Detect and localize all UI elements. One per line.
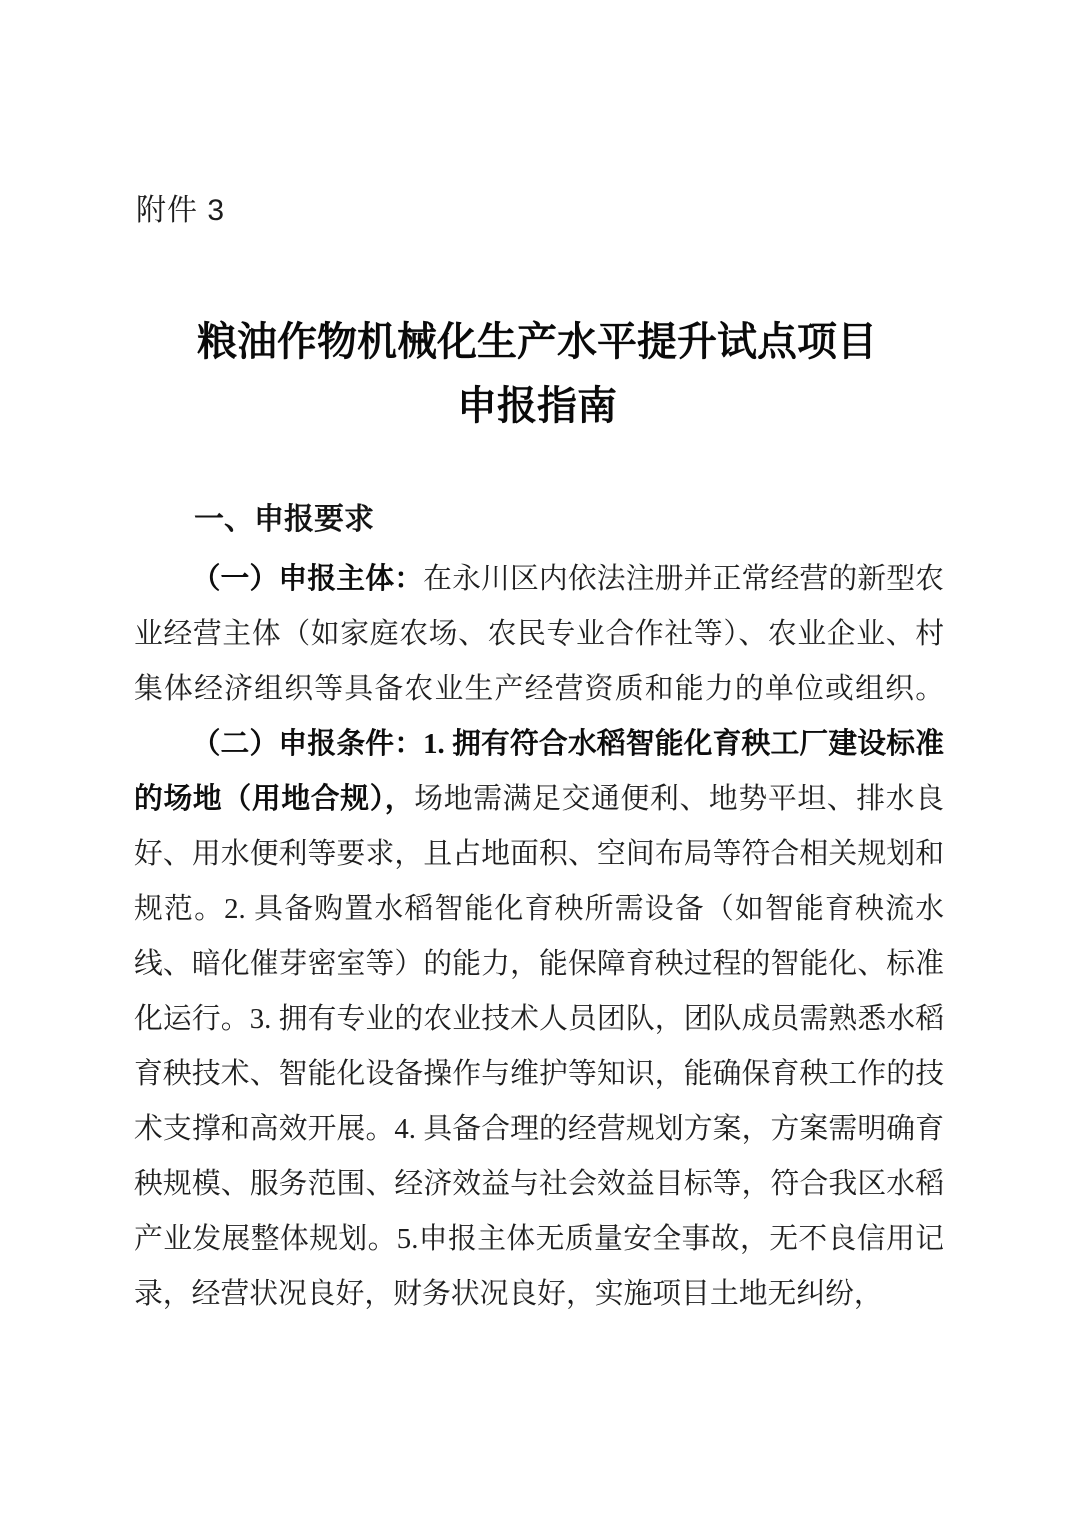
document-title: 粮油作物机械化生产水平提升试点项目 申报指南	[0, 310, 1074, 438]
text-run: 场地需满足交通便利、地势平坦、排水良好、用水便利等要求，且占地面积、空间布局等符…	[134, 783, 944, 1310]
text-run-bold: （一）申报主体：	[192, 563, 424, 595]
paragraph-application-conditions: （二）申报条件：1. 拥有符合水稻智能化育秧工厂建设标准的场地（用地合规），场地…	[134, 717, 944, 1322]
document-title-line2: 申报指南	[0, 374, 1074, 438]
document-page: 附件 3 粮油作物机械化生产水平提升试点项目 申报指南 一、申报要求 （一）申报…	[0, 0, 1074, 1520]
document-title-line1: 粮油作物机械化生产水平提升试点项目	[0, 310, 1074, 374]
document-body: （一）申报主体：在永川区内依法注册并正常经营的新型农业经营主体（如家庭农场、农民…	[134, 552, 944, 1322]
section-heading: 一、申报要求	[134, 492, 944, 547]
paragraph-application-subject: （一）申报主体：在永川区内依法注册并正常经营的新型农业经营主体（如家庭农场、农民…	[134, 552, 944, 717]
attachment-label: 附件 3	[136, 193, 225, 229]
